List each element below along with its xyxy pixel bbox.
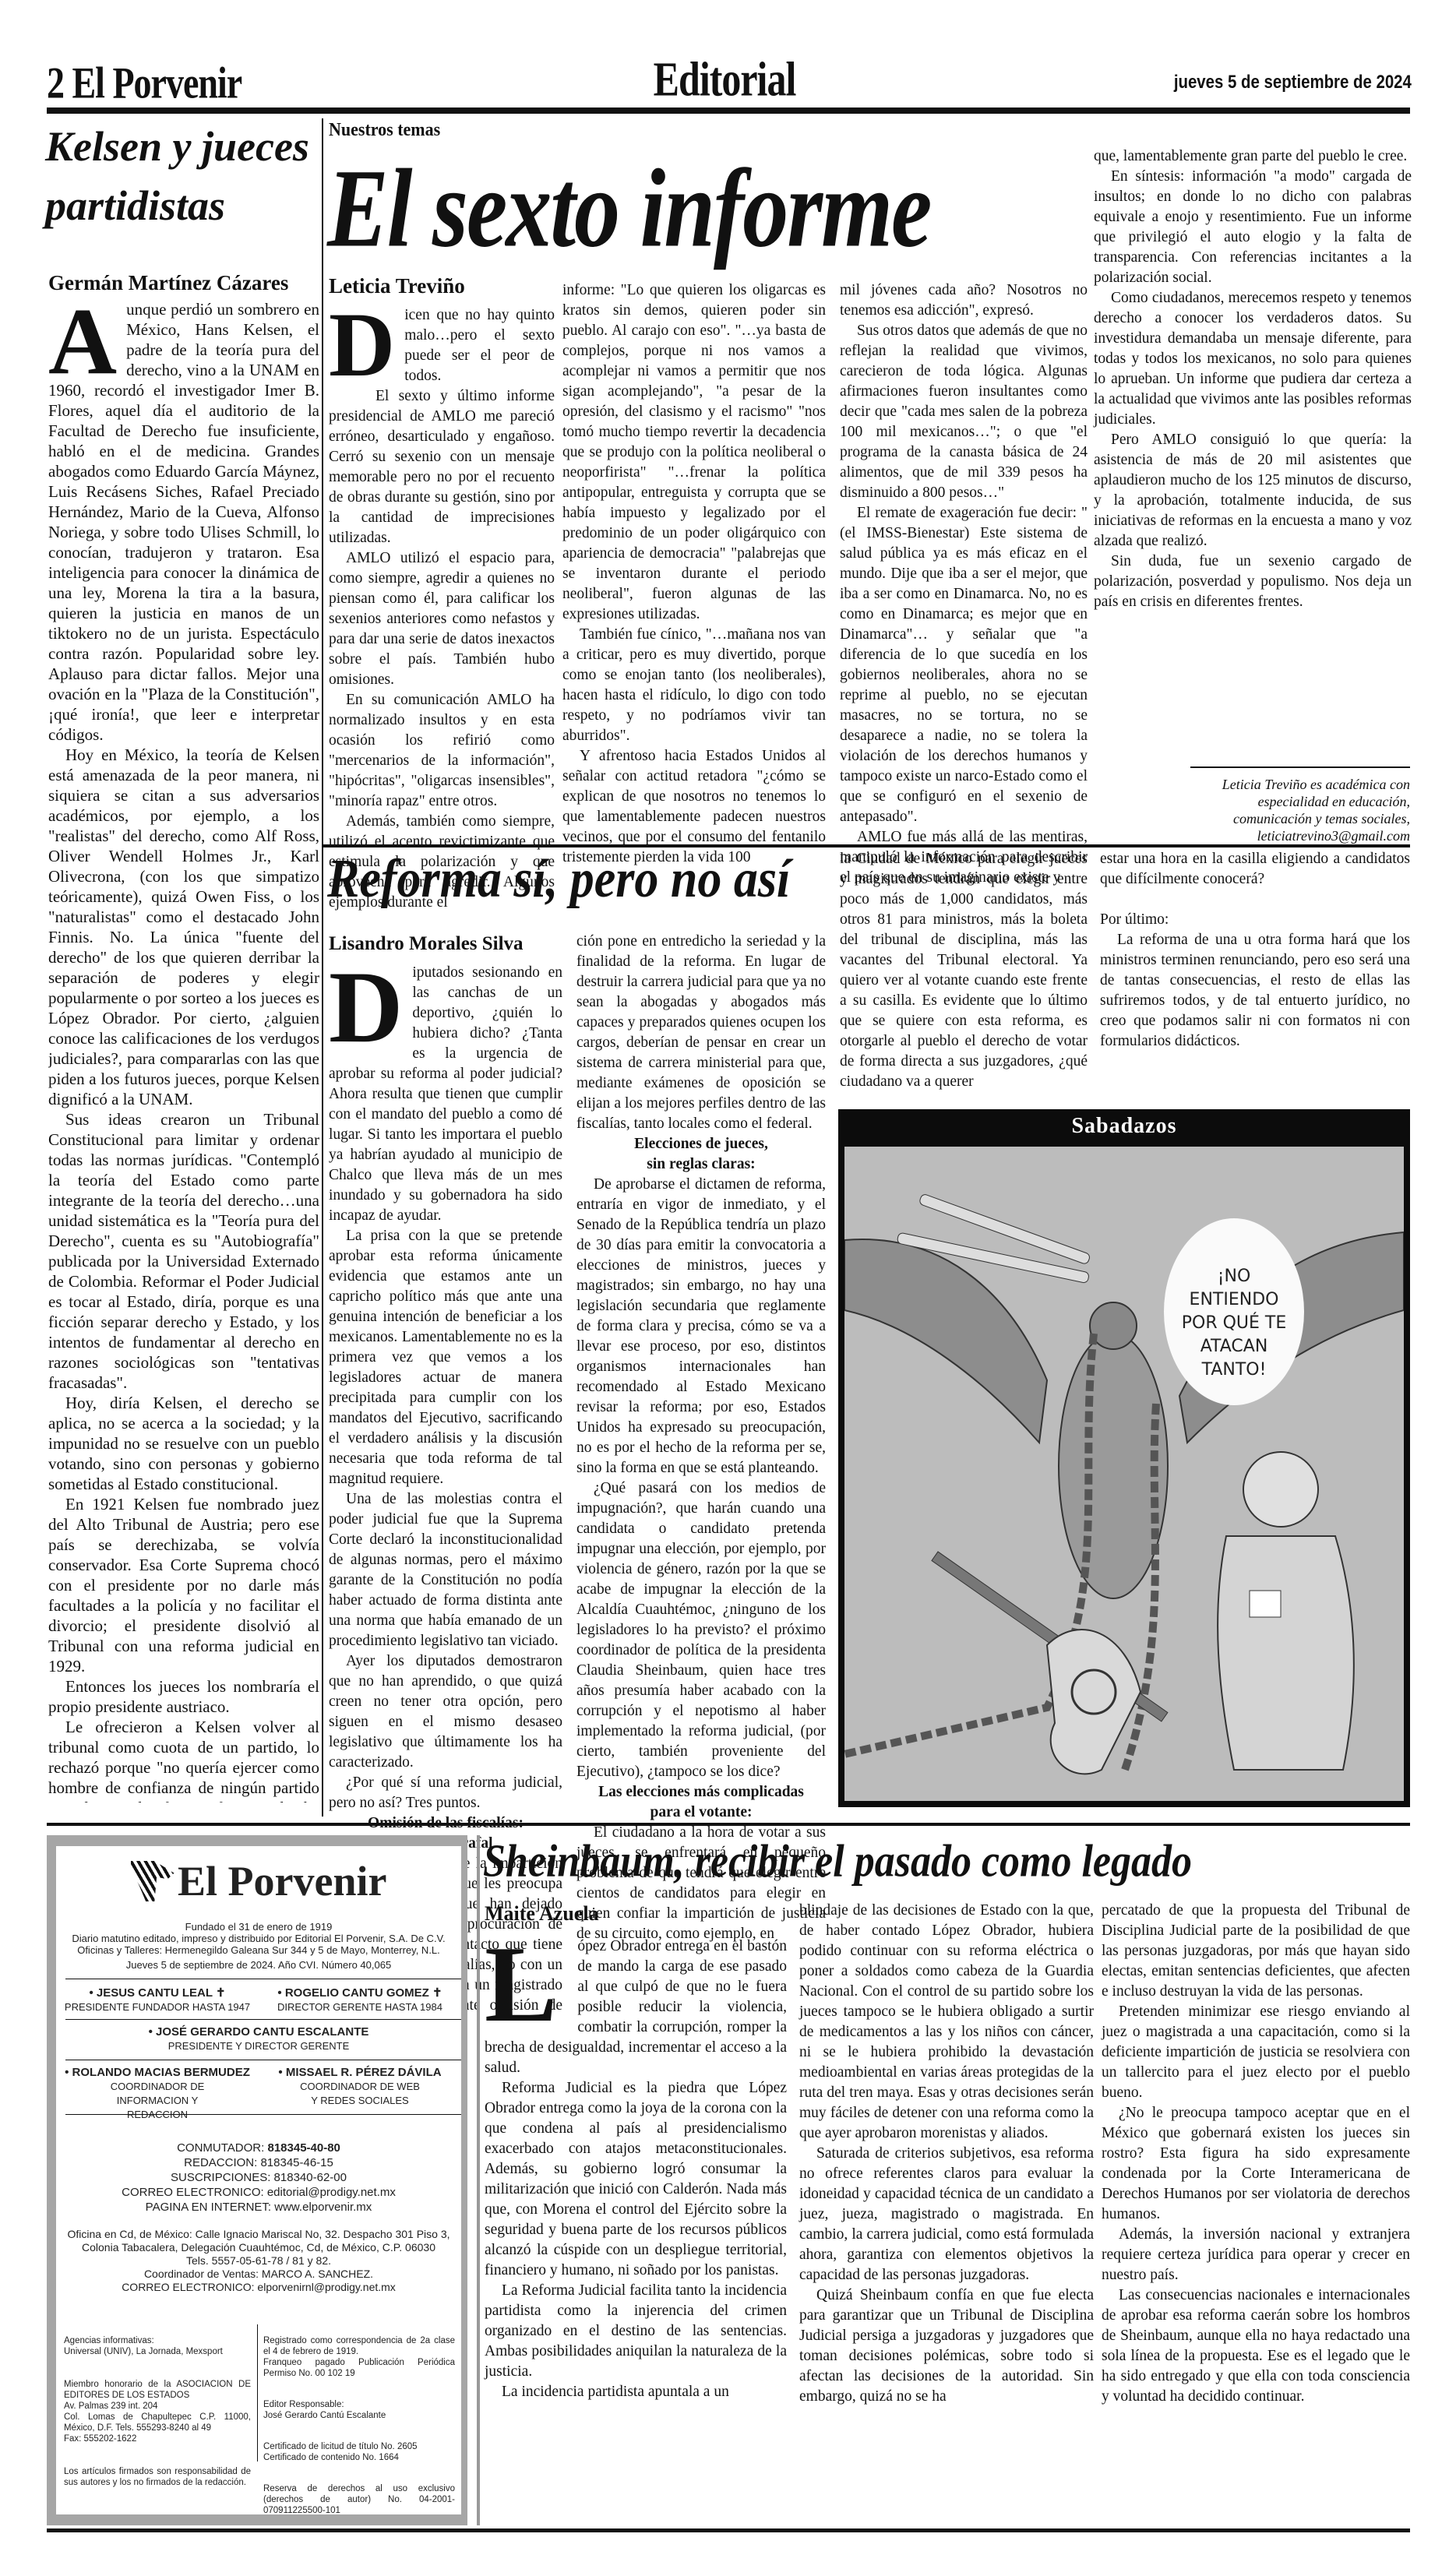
horse-logo-icon	[131, 1861, 175, 1901]
section-rule	[323, 844, 1410, 848]
column-divider	[477, 1835, 480, 2525]
publisher-line: Diario matutino editado, impreso y distr…	[56, 1933, 461, 1944]
paragraph: En 1921 Kelsen fue nombrado juez del Alt…	[48, 1494, 319, 1676]
subheading: sin reglas claras:	[576, 1154, 826, 1175]
cdmx-line: Oficina en Cd, de México: Calle Ignacio …	[56, 2228, 461, 2241]
staff-name: • JESUS CANTU LEAL	[89, 1986, 212, 2000]
paragraph: De aprobarse el dictamen de reforma, ent…	[576, 1175, 826, 1478]
sheinbaum-col-1: L ópez Obrador entrega en el bastón de m…	[485, 1936, 787, 2402]
note: Certificado de licitud de título No. 260…	[263, 2441, 455, 2463]
eagle-chained-illustration-icon	[844, 1147, 1404, 1801]
note: Reserva de derechos al uso exclusivo (de…	[263, 2483, 455, 2516]
sheinbaum-dropcap: L	[485, 1941, 557, 2028]
sexto-col-1: D icen que no hay quinto malo…pero el se…	[329, 305, 555, 913]
sheinbaum-title: Sheinbaum, recibir el pasado como legado	[483, 1838, 1192, 1885]
author-email: leticiatrevino3@gmail.com	[1094, 827, 1410, 844]
cdmx-line: Tels. 5557-05-61-78 / 81 y 82.	[56, 2254, 461, 2268]
offices-line: Oficinas y Talleres: Hermenegildo Galean…	[56, 1944, 461, 1956]
note: Registrado como correspondencia de 2a cl…	[263, 2335, 455, 2379]
paragraph: La reforma de una u otra forma hará que …	[1100, 930, 1410, 1052]
paragraph: blindaje de las decisiones de Estado con…	[799, 1901, 1094, 2144]
staff-role: COORDINADOR DE INFORMACION Y REDACCION	[56, 2080, 259, 2122]
sexto-title: El sexto informe	[327, 153, 930, 265]
cartoon-frame: Sabadazos ¡NO ENTIENDO POR QUÉ TE AT	[838, 1109, 1410, 1807]
paragraph: Pretenden minimizar ese riesgo enviando …	[1102, 2002, 1410, 2103]
footer-rule	[47, 2528, 1410, 2532]
paragraph: AMLO utilizó el espacio para, como siemp…	[329, 548, 555, 690]
reforma-dropcap: D	[329, 966, 403, 1048]
contact-subscriptions: SUSCRIPCIONES: 818340-62-00	[56, 2170, 461, 2185]
paragraph: Saturada de criterios subjetivos, esa re…	[799, 2144, 1094, 2285]
cartoon-title: Sabadazos	[838, 1114, 1410, 1139]
bio-line: especialidad en educación,	[1094, 793, 1410, 810]
paragraph: Ayer los diputados demostraron que no ha…	[329, 1651, 562, 1773]
sexto-col-4: que, lamentablemente gran parte del pueb…	[1094, 146, 1412, 612]
paragraph: estar una hora en la casilla eligiendo a…	[1100, 849, 1410, 890]
cross-icon: ✝	[432, 1986, 442, 2000]
section-rule	[47, 1823, 1410, 1826]
reforma-col-2: ción pone en entredicho la seriedad y la…	[576, 932, 826, 1944]
note: Editor Responsable: José Gerardo Cantú E…	[263, 2399, 455, 2421]
staff-role: PRESIDENTE Y DIRECTOR GERENTE	[56, 2039, 461, 2053]
paragraph: ¿Qué pasará con los medios de impugnació…	[576, 1478, 826, 1782]
paragraph: En su comunicación AMLO ha normalizado i…	[329, 690, 555, 812]
paragraph: ción pone en entredicho la seriedad y la…	[576, 932, 826, 1134]
paragraph: El remate de exageración fue decir: "(el…	[840, 503, 1088, 827]
paragraph: La prisa con la que se pretende aprobar …	[329, 1226, 562, 1489]
divider	[65, 1979, 461, 1979]
founded-line: Fundado el 31 de enero de 1919	[56, 1921, 461, 1933]
staff-name: • ROLANDO MACIAS BERMUDEZ	[56, 2066, 259, 2080]
staff-name: • JOSÉ GERARDO CANTU ESCALANTE	[56, 2025, 461, 2039]
issue-line: Jueves 5 de septiembre de 2024. Año CVI.…	[56, 1959, 461, 1971]
cdmx-line: Coordinador de Ventas: MARCO A. SANCHEZ.	[56, 2268, 461, 2281]
note: Miembro honorario de la ASOCIACION DE ED…	[64, 2379, 251, 2444]
sexto-col-2: informe: "Lo que quieren los oligarcas e…	[562, 280, 826, 868]
staff-role: DIRECTOR GERENTE HASTA 1984	[259, 2000, 461, 2014]
paragraph: mil jóvenes cada año? Nosotros no tenemo…	[840, 280, 1088, 321]
staff-role: PRESIDENTE FUNDADOR HASTA 1947	[56, 2000, 259, 2014]
subheading: Elecciones de jueces,	[576, 1134, 826, 1154]
paragraph: Sin duda, fue un sexenio cargado de pola…	[1094, 551, 1412, 612]
paragraph: El sexto y último informe presidencial d…	[329, 386, 555, 548]
staff-row-1: • JESUS CANTU LEAL ✝ PRESIDENTE FUNDADOR…	[56, 1986, 461, 2014]
paragraph: Sus ideas crearon un Tribunal Constituci…	[48, 1109, 319, 1393]
paragraph: Hoy, diría Kelsen, el derecho se aplica,…	[48, 1393, 319, 1494]
masthead-box: El Porvenir Fundado el 31 de enero de 19…	[47, 1835, 467, 2525]
paragraph: percatado de que la propuesta del Tribun…	[1102, 1901, 1410, 2002]
contact-email[interactable]: CORREO ELECTRONICO: editorial@prodigy.ne…	[56, 2185, 461, 2200]
paragraph: que, lamentablemente gran parte del pueb…	[1094, 146, 1412, 167]
note: Agencias informativas: Universal (UNIV),…	[64, 2335, 251, 2357]
sexto-dropcap: D	[329, 308, 395, 382]
divider	[257, 2324, 258, 2461]
note: Los artículos firmados son responsabilid…	[64, 2466, 251, 2488]
paragraph: Hoy en México, la teoría de Kelsen está …	[48, 745, 319, 1109]
paragraph: También fue cínico, "…mañana nos van a c…	[562, 625, 826, 746]
bio-line: Leticia Treviño es académica con	[1094, 776, 1410, 793]
paragraph: ¿No le preocupa tampoco aceptar que en e…	[1102, 2103, 1410, 2225]
divider	[65, 2114, 461, 2115]
cartoon-image: ¡NO ENTIENDO POR QUÉ TE ATACAN TANTO!	[844, 1147, 1404, 1801]
cross-icon: ✝	[216, 1986, 226, 2000]
bio-line: comunicación y temas sociales,	[1094, 810, 1410, 827]
kelsen-dropcap: A	[48, 304, 117, 380]
paragraph: La Reforma Judicial facilita tanto la in…	[485, 2281, 787, 2382]
paragraph: informe: "Lo que quieren los oligarcas e…	[562, 280, 826, 625]
kelsen-title: Kelsen y jueces partidistas	[45, 117, 314, 235]
reforma-col-3: la Ciudad de México para elegir jueces y…	[840, 849, 1088, 1092]
sheinbaum-col-2: blindaje de las decisiones de Estado con…	[799, 1901, 1094, 2407]
cdmx-line: Colonia Tabacalera, Delegación Cuauhtémo…	[56, 2241, 461, 2254]
staff-name: • MISSAEL R. PÉREZ DÁVILA	[259, 2066, 461, 2080]
cdmx-email[interactable]: CORREO ELECTRONICO: elporvenirnl@prodigy…	[56, 2281, 461, 2294]
sheinbaum-author: Maite Azuela	[485, 1902, 599, 1926]
paragraph: Entonces los jueces los nombraría el pro…	[48, 1676, 319, 1717]
masthead-title: El Porvenir	[178, 1858, 386, 1905]
kelsen-author: Germán Martínez Cázares	[48, 271, 288, 295]
contact-newsroom: REDACCION: 818345-46-15	[56, 2155, 461, 2170]
divider	[65, 2060, 461, 2060]
bio-rule	[1190, 766, 1410, 768]
paragraph: Además, la inversión nacional y extranje…	[1102, 2225, 1410, 2285]
paragraph: ¿Por qué sí una reforma judicial, pero n…	[329, 1773, 562, 1813]
staff-role: COORDINADOR DE WEB Y REDES SOCIALES	[259, 2080, 461, 2108]
header-rule	[47, 107, 1410, 114]
section-kicker: Nuestros temas	[329, 118, 440, 141]
paragraph: Sus otros datos que además de que no ref…	[840, 321, 1088, 503]
reforma-title: Reforma sí, pero no así	[327, 852, 790, 906]
contact-website[interactable]: PAGINA EN INTERNET: www.elporvenir.mx	[56, 2200, 461, 2215]
contact-switchboard: CONMUTADOR: 818345-40-80	[56, 2141, 461, 2155]
issue-date: jueves 5 de septiembre de 2024	[1174, 73, 1412, 92]
staff-name: • ROGELIO CANTU GOMEZ	[277, 1986, 428, 2000]
kelsen-body: A unque perdió un sombrero en México, Ha…	[48, 299, 319, 1802]
speech-bubble: ¡NO ENTIENDO POR QUÉ TE ATACAN TANTO!	[1164, 1218, 1304, 1405]
sheinbaum-col-3: percatado de que la propuesta del Tribun…	[1102, 1901, 1410, 2407]
paragraph: Pero AMLO consiguió lo que quería: la as…	[1094, 430, 1412, 551]
paragraph: Una de las molestias contra el poder jud…	[329, 1489, 562, 1651]
subheading: Las elecciones más complicadas	[576, 1782, 826, 1802]
sexto-col-3: mil jóvenes cada año? Nosotros no tenemo…	[840, 280, 1088, 888]
subheading: para el votante:	[576, 1802, 826, 1823]
paragraph: Las consecuencias nacionales e internaci…	[1102, 2285, 1410, 2407]
paragraph: Reforma Judicial es la piedra que López …	[485, 2078, 787, 2281]
paragraph: Por último:	[1100, 910, 1410, 930]
paragraph: Le ofrecieron a Kelsen volver al tribuna…	[48, 1717, 319, 1802]
paragraph: La incidencia partidista apuntala a un	[485, 2382, 787, 2402]
column-divider	[322, 852, 323, 1815]
paragraph: Quizá Sheinbaum confía en que fue electa…	[799, 2285, 1094, 2407]
paragraph: la Ciudad de México para elegir jueces y…	[840, 849, 1088, 1092]
author-bio: Leticia Treviño es académica con especia…	[1094, 776, 1410, 844]
reforma-col-4: estar una hora en la casilla eligiendo a…	[1100, 849, 1410, 1052]
divider	[65, 2019, 461, 2020]
paragraph: Como ciudadanos, merecemos respeto y ten…	[1094, 288, 1412, 430]
paragraph: En síntesis: información "a modo" cargad…	[1094, 167, 1412, 288]
masthead-logo: El Porvenir	[56, 1860, 461, 1902]
